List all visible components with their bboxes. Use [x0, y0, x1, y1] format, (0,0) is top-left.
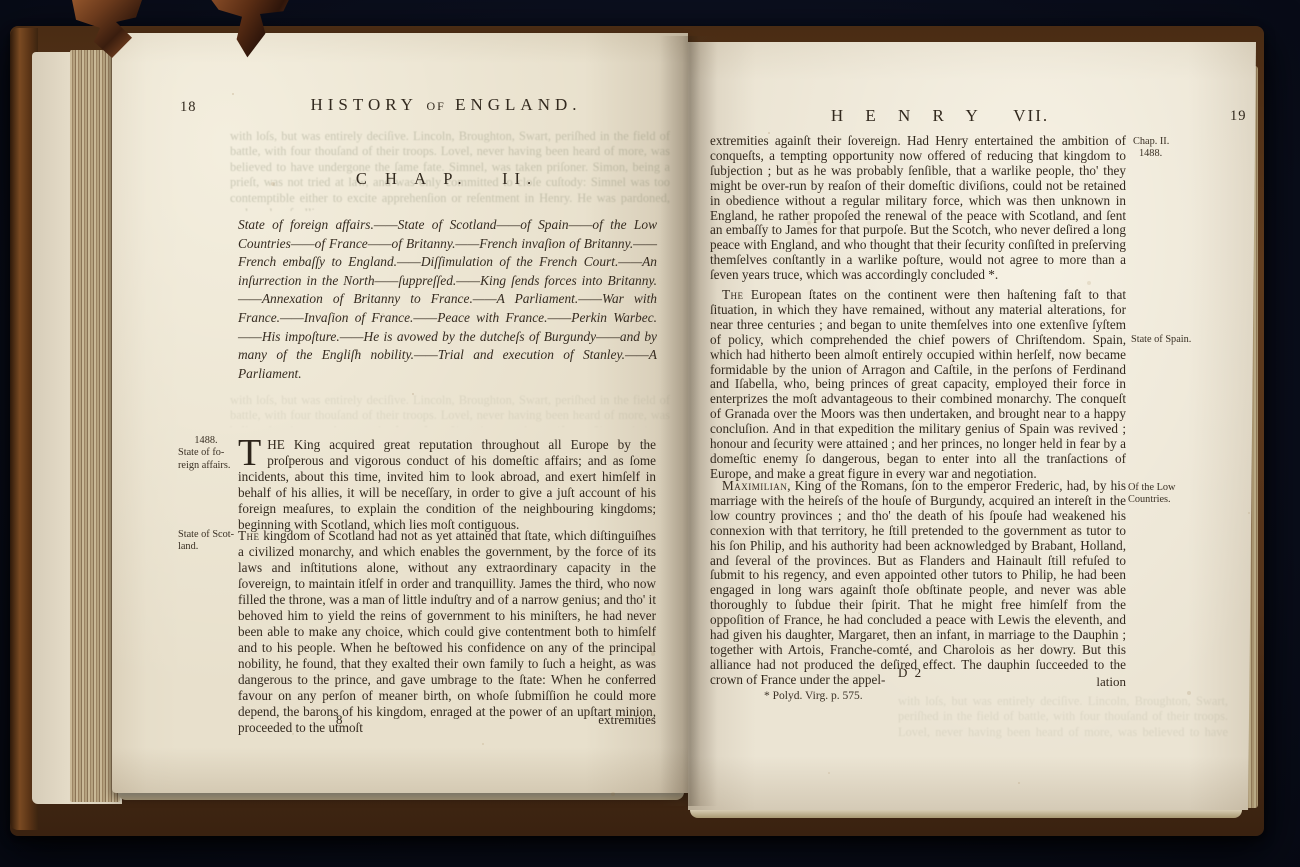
right-page: with loſs, but was entirely deciſive. Li… [688, 42, 1256, 810]
margin-note-spain: State of Spain. [1131, 334, 1209, 346]
paragraph-text: extremities againſt their ſovereign. Had… [710, 133, 1126, 282]
margin-note-line: 1488. [1133, 148, 1162, 159]
body-paragraph-2-right: The European ſtates on the continent wer… [710, 288, 1126, 482]
page-bottom-edge-right [690, 810, 1242, 818]
margin-note-line: State of Scot- [178, 529, 234, 540]
margin-note-line: State of fo- [178, 447, 224, 458]
running-header-right: H E N R Y VII. [710, 106, 1170, 126]
photo-backdrop: { "scene": { "background_color": "#0b0f1… [0, 0, 1300, 867]
body-paragraph-3-right: Maximilian, King of the Romans, ſon to t… [710, 479, 1126, 688]
margin-note-low-countries: Of the Low Countries. [1128, 482, 1198, 507]
catchword-left: extremities [238, 712, 656, 728]
margin-note-chap: Chap. II. 1488. [1133, 136, 1203, 161]
page-number-left: 18 [180, 99, 197, 116]
header-word-england: ENGLAND. [455, 95, 581, 114]
margin-note-line: Chap. II. [1133, 136, 1169, 147]
paragraph-text: , King of the Romans, ſon to the emperor… [710, 478, 1126, 687]
paragraph-lead: Maximilian [722, 478, 787, 493]
page-number-right: 19 [1230, 108, 1247, 125]
running-header-left: HISTORY OF ENGLAND. [234, 95, 658, 115]
margin-note-line: Of the Low [1128, 482, 1175, 493]
header-word-vii: VII. [1013, 106, 1049, 125]
footnote-citation: * Polyd. Virg. p. 575. [764, 690, 863, 702]
paragraph-lead: The [238, 528, 260, 543]
paragraph-lead: HE [267, 437, 285, 452]
body-paragraph-2-left: The kingdom of Scotland had not as yet a… [238, 528, 656, 736]
paragraph-text: European ſtates on the continent were th… [710, 287, 1126, 481]
margin-note-line: State of Spain. [1131, 334, 1191, 345]
margin-note-line: Countries. [1128, 494, 1171, 505]
margin-note-line: reign affairs. [178, 460, 230, 471]
chapter-heading-number: II. [502, 169, 538, 188]
drop-cap: T [238, 437, 267, 468]
chapter-argument-summary: State of foreign affairs.——State of Scot… [238, 216, 657, 383]
chapter-heading-chap: C H A P. [356, 169, 469, 188]
margin-note-scotland: State of Scot- land. [178, 529, 236, 554]
paragraph-text: kingdom of Scotland had not as yet attai… [238, 528, 656, 735]
body-paragraph-1-left: THE King acquired great reputation throu… [238, 437, 656, 533]
chapter-heading: C H A P. II. [238, 169, 656, 189]
show-through-text: with loſs, but was entirely deciſive. Li… [230, 393, 670, 427]
catchword-right: lation [710, 674, 1126, 690]
paragraph-lead: The [722, 287, 744, 302]
header-word-of: OF [427, 99, 446, 113]
header-word-history: HISTORY [310, 95, 417, 114]
paragraph-text: King acquired great reputation throughou… [238, 437, 656, 532]
show-through-text: with loſs, but was entirely deciſive. Li… [898, 694, 1228, 742]
header-word-henry: H E N R Y [831, 106, 987, 125]
left-page: with loſs, but was entirely deciſive. Li… [112, 33, 688, 793]
margin-note-year: 1488. [178, 435, 234, 447]
margin-note-1488: 1488. State of fo- reign affairs. [178, 435, 234, 472]
margin-note-line: land. [178, 541, 198, 552]
body-paragraph-1-right: extremities againſt their ſovereign. Had… [710, 134, 1126, 283]
